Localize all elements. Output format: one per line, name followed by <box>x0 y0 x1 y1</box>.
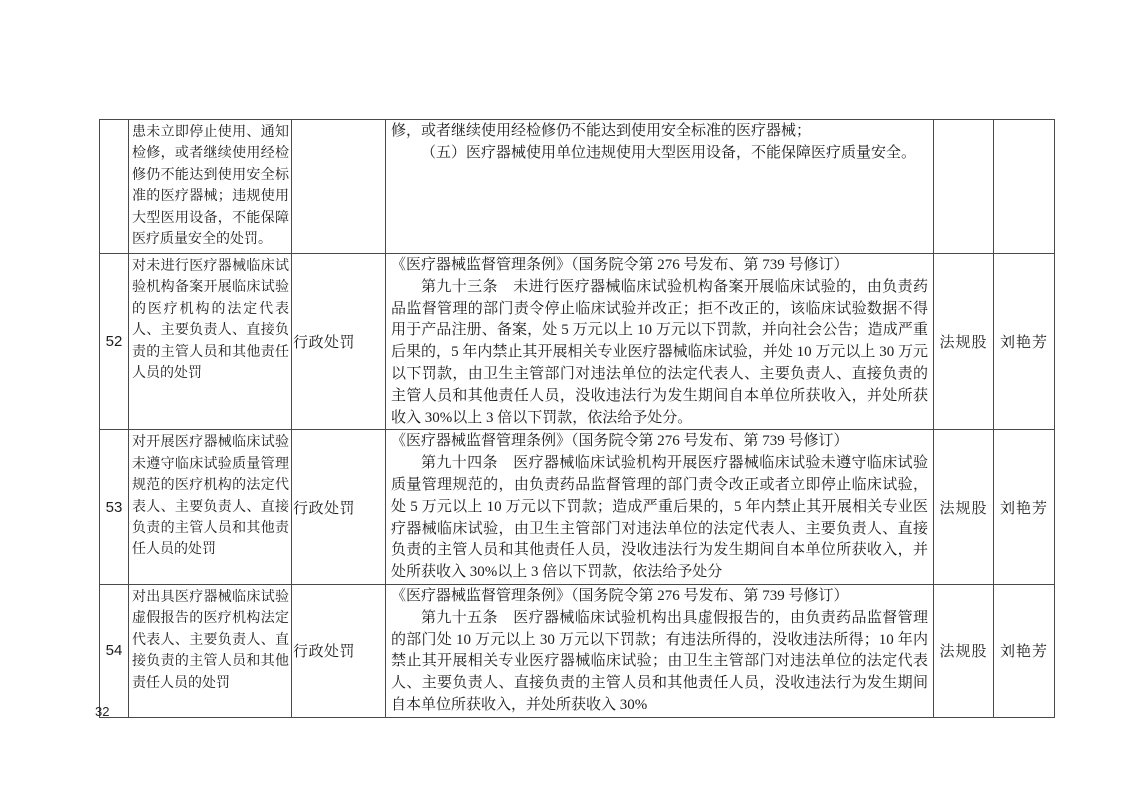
legal-basis-line: （五）医疗器械使用单位违规使用大型医用设备，不能保障医疗质量安全。 <box>391 143 928 165</box>
power-name-cell: 对未进行医疗器械临床试验机构备案开展临床试验的医疗机构的法定代表人、主要负责人、… <box>129 254 292 430</box>
power-name-cell: 对出具医疗器械临床试验虚假报告的医疗机构法定代表人、主要负责人、直接负责的主管人… <box>129 584 292 717</box>
legal-basis-body: 第九十四条 医疗器械临床试验机构开展医疗器械临床试验未遵守临床试验质量管理规范的… <box>391 453 928 584</box>
seq-cell: 52 <box>100 254 129 430</box>
power-name-text: 对未进行医疗器械临床试验机构备案开展临床试验的医疗机构的法定代表人、主要负责人、… <box>129 254 291 384</box>
legal-basis-cell: 《医疗器械监督管理条例》（国务院令第 276 号发布、第 739 号修订） 第九… <box>386 430 934 585</box>
department-cell: 法规股 <box>934 584 994 717</box>
power-name-text: 对开展医疗器械临床试验未遵守临床试验质量管理规范的医疗机构的法定代表人、主要负责… <box>129 430 291 560</box>
power-name-text: 对出具医疗器械临床试验虚假报告的医疗机构法定代表人、主要负责人、直接负责的主管人… <box>129 585 291 694</box>
seq-cell: 54 <box>100 584 129 717</box>
department-cell <box>934 120 994 254</box>
legal-basis-title: 《医疗器械监督管理条例》（国务院令第 276 号发布、第 739 号修订） <box>391 586 928 608</box>
seq-cell: 53 <box>100 430 129 585</box>
table-row: 53 对开展医疗器械临床试验未遵守临床试验质量管理规范的医疗机构的法定代表人、主… <box>100 430 1055 585</box>
seq-cell <box>100 120 129 254</box>
power-name-cell: 患未立即停止使用、通知检修，或者继续使用经检修仍不能达到使用安全标准的医疗器械；… <box>129 120 292 254</box>
legal-basis-cell: 修，或者继续使用经检修仍不能达到使用安全标准的医疗器械； （五）医疗器械使用单位… <box>386 120 934 254</box>
page-number: 32 <box>95 704 109 719</box>
person-cell: 刘艳芳 <box>994 430 1055 585</box>
table-row: 54 对出具医疗器械临床试验虚假报告的医疗机构法定代表人、主要负责人、直接负责的… <box>100 584 1055 717</box>
legal-basis-body: 第九十三条 未进行医疗器械临床试验机构备案开展临床试验的，由负责药品监督管理的部… <box>391 277 928 430</box>
table-row: 52 对未进行医疗器械临床试验机构备案开展临床试验的医疗机构的法定代表人、主要负… <box>100 254 1055 430</box>
power-name-text: 患未立即停止使用、通知检修，或者继续使用经检修仍不能达到使用安全标准的医疗器械；… <box>129 120 291 250</box>
person-cell: 刘艳芳 <box>994 254 1055 430</box>
legal-basis-cell: 《医疗器械监督管理条例》（国务院令第 276 号发布、第 739 号修订） 第九… <box>386 254 934 430</box>
table-row-continuation: 患未立即停止使用、通知检修，或者继续使用经检修仍不能达到使用安全标准的医疗器械；… <box>100 120 1055 254</box>
document-page: 患未立即停止使用、通知检修，或者继续使用经检修仍不能达到使用安全标准的医疗器械；… <box>0 0 1122 793</box>
person-cell: 刘艳芳 <box>994 584 1055 717</box>
department-cell: 法规股 <box>934 254 994 430</box>
power-type-cell <box>292 120 386 254</box>
department-cell: 法规股 <box>934 430 994 585</box>
power-name-cell: 对开展医疗器械临床试验未遵守临床试验质量管理规范的医疗机构的法定代表人、主要负责… <box>129 430 292 585</box>
legal-basis-cell: 《医疗器械监督管理条例》（国务院令第 276 号发布、第 739 号修订） 第九… <box>386 584 934 717</box>
power-type-cell: 行政处罚 <box>292 254 386 430</box>
legal-basis-line: 修，或者继续使用经检修仍不能达到使用安全标准的医疗器械； <box>391 121 928 143</box>
person-cell <box>994 120 1055 254</box>
power-type-cell: 行政处罚 <box>292 430 386 585</box>
legal-basis-body: 第九十五条 医疗器械临床试验机构出具虚假报告的，由负责药品监督管理的部门处 10… <box>391 608 928 717</box>
power-type-cell: 行政处罚 <box>292 584 386 717</box>
duty-table: 患未立即停止使用、通知检修，或者继续使用经检修仍不能达到使用安全标准的医疗器械；… <box>99 119 1055 718</box>
legal-basis-title: 《医疗器械监督管理条例》（国务院令第 276 号发布、第 739 号修订） <box>391 431 928 453</box>
legal-basis-title: 《医疗器械监督管理条例》（国务院令第 276 号发布、第 739 号修订） <box>391 255 928 277</box>
